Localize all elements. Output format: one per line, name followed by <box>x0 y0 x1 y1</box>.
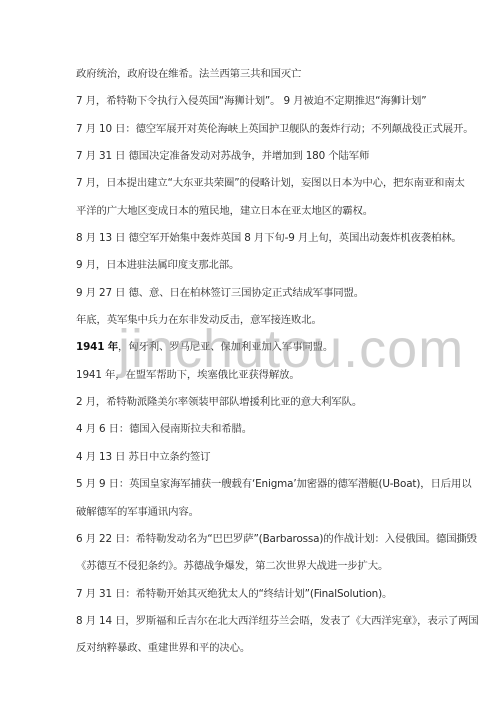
text-line: 年底，英军集中兵力在东非发动反击，意军接连败北。 <box>76 312 476 339</box>
text-line: 7 月 31 日 德国决定准备发动对苏战争，并增加到 180 个陆军师 <box>76 148 476 175</box>
text-line: 1941 年，匈牙利、罗马尼亚、保加利亚加入军事同盟。 <box>76 339 476 366</box>
text-line: 7 月 10 日：德空军展开对英伦海峡上英国护卫舰队的轰炸行动；不列颠战役正式展… <box>76 121 476 148</box>
text-line: 8 月 13 日 德空军开始集中轰炸英国 8 月下旬-9 月上旬，英国出动轰炸机… <box>76 230 476 257</box>
document-page: 政府统治，政府设在维希。法兰西第三共和国灭亡 7 月，希特勒下令执行入侵英国“海… <box>0 0 500 708</box>
text-line: 7 月，希特勒下令执行入侵英国“海狮计划”。 9 月被迫不定期推迟“海狮计划” <box>76 93 476 120</box>
text-line: 6 月 22 日：希特勒发动名为“巴巴罗萨”(Barbarossa)的作战计划：… <box>76 531 476 558</box>
text-line: 政府统治，政府设在维希。法兰西第三共和国灭亡 <box>76 66 476 93</box>
text-line: 1941 年，在盟军帮助下，埃塞俄比亚获得解放。 <box>76 367 476 394</box>
text-span: ，匈牙利、罗马尼亚、保加利亚加入军事同盟。 <box>118 341 333 353</box>
text-line: 7 月，日本提出建立“大东亚共荣圈”的侵略计划，妄图以日本为中心，把东南亚和南太 <box>76 175 476 202</box>
text-line: 4 月 13 日 苏日中立条约签订 <box>76 449 476 476</box>
document-body: 政府统治，政府设在维希。法兰西第三共和国灭亡 7 月，希特勒下令执行入侵英国“海… <box>76 66 476 668</box>
text-line: 《苏德互不侵犯条约》。苏德战争爆发，第二次世界大战进一步扩大。 <box>76 558 476 585</box>
text-line: 平洋的广大地区变成日本的殖民地，建立日本在亚太地区的霸权。 <box>76 203 476 230</box>
text-line: 破解德军的军事通讯内容。 <box>76 504 476 531</box>
text-line: 反对纳粹暴政、重建世界和平的决心。 <box>76 640 476 667</box>
text-line: 5 月 9 日：英国皇家海军捕获一艘载有‘Enigma’加密器的德军潜艇(U-B… <box>76 476 476 503</box>
text-line: 8 月 14 日，罗斯福和丘吉尔在北大西洋纽芬兰会晤，发表了《大西洋宪章》，表示… <box>76 613 476 640</box>
year-heading: 1941 年 <box>76 341 118 353</box>
text-line: 4 月 6 日：德国入侵南斯拉夫和希腊。 <box>76 421 476 448</box>
text-line: 9 月，日本进驻法属印度支那北部。 <box>76 257 476 284</box>
text-line: 9 月 27 日 德、意、日在柏林签订三国协定正式结成军事同盟。 <box>76 285 476 312</box>
text-line: 7 月 31 日：希特勒开始其灭绝犹太人的“终结计划”(FinalSolutio… <box>76 586 476 613</box>
text-line: 2 月，希特勒派隆美尔率领装甲部队增援利比亚的意大利军队。 <box>76 394 476 421</box>
